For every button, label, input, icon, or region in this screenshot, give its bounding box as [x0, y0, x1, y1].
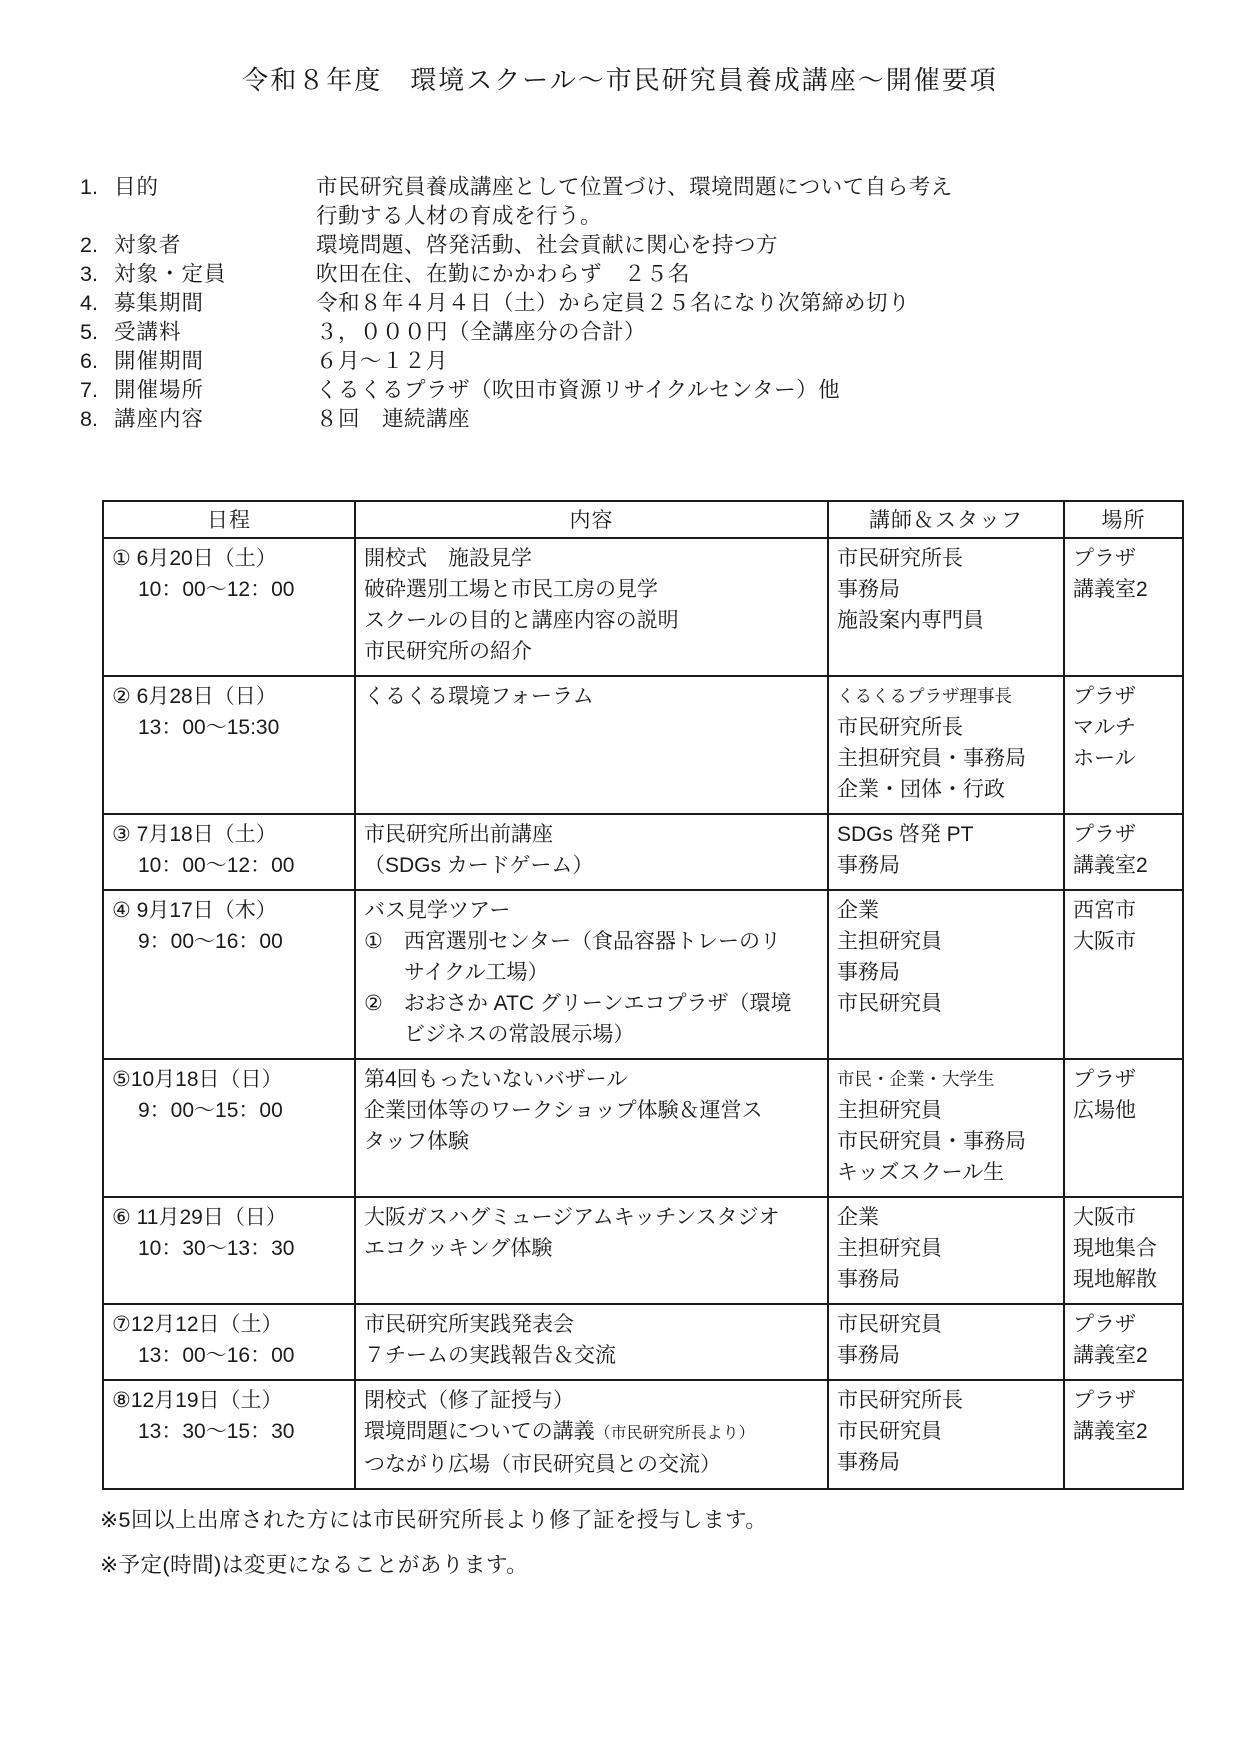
place-cell: 西宮市大阪市 — [1064, 890, 1183, 1059]
content-cell: 大阪ガスハグミュージアムキッチンスタジオエコクッキング体験 — [355, 1197, 828, 1304]
content-line: ② おおさか ATC グリーンエコプラザ（環境 — [364, 988, 821, 1019]
date-cell: ⑧12月19日（土）13：30～15：30 — [103, 1380, 355, 1489]
content-line: 第4回もったいないバザール — [364, 1064, 821, 1095]
schedule-row: ③ 7月18日（土）10：00～12：00市民研究所出前講座（SDGs カードゲ… — [103, 814, 1183, 890]
schedule-row: ⑤10月18日（日）9：00～15：00第4回もったいないバザール企業団体等のワ… — [103, 1059, 1183, 1197]
time-line: 9：00～15：00 — [112, 1095, 348, 1126]
place-cell: プラザ講義室2 — [1064, 814, 1183, 890]
date-line: ③ 7月18日（土） — [112, 819, 348, 850]
overview-item-desc: くるくるプラザ（吹田市資源リサイクルセンター）他 — [316, 376, 1240, 405]
note-line: ※予定(時間)は変更になることがあります。 — [100, 1551, 1240, 1580]
overview-item-desc: 吹田在住、在勤にかかわらず ２５名 — [316, 260, 1240, 289]
date-cell: ① 6月20日（土）10：00～12：00 — [103, 538, 355, 676]
content-line: エコクッキング体験 — [364, 1233, 821, 1264]
staff-line: 主担研究員 — [837, 1233, 1057, 1264]
date-cell: ⑦12月12日（土）13：00～16：00 — [103, 1304, 355, 1380]
schedule-table: 日程 内容 講師＆スタッフ 場所 ① 6月20日（土）10：00～12：00開校… — [102, 500, 1184, 1490]
content-line: くるくる環境フォーラム — [364, 681, 821, 712]
date-cell: ④ 9月17日（木）9：00～16：00 — [103, 890, 355, 1059]
time-line: 10：00～12：00 — [112, 574, 348, 605]
staff-line: 事務局 — [837, 957, 1057, 988]
staff-line: 市民研究所長 — [837, 712, 1057, 743]
content-line: 閉校式（修了証授与） — [364, 1385, 821, 1416]
overview-item: 5.受講料３，０００円（全講座分の合計） — [80, 318, 1240, 347]
place-line: プラザ — [1073, 681, 1176, 712]
staff-cell: 企業主担研究員事務局市民研究員 — [828, 890, 1064, 1059]
schedule-row: ④ 9月17日（木）9：00～16：00バス見学ツアー① 西宮選別センター（食品… — [103, 890, 1183, 1059]
content-line: 市民研究所の紹介 — [364, 636, 821, 667]
overview-item-desc: 環境問題、啓発活動、社会貢献に関心を持つ方 — [316, 231, 1240, 260]
overview-item: 7.開催場所くるくるプラザ（吹田市資源リサイクルセンター）他 — [80, 376, 1240, 405]
staff-line: 事務局 — [837, 1447, 1057, 1478]
content-line-note: （市民研究所長より） — [595, 1425, 755, 1442]
content-cell: 開校式 施設見学破砕選別工場と市民工房の見学スクールの目的と講座内容の説明市民研… — [355, 538, 828, 676]
content-line: スクールの目的と講座内容の説明 — [364, 605, 821, 636]
staff-line: 企業・団体・行政 — [837, 774, 1057, 805]
time-line: 13：00～15:30 — [112, 712, 348, 743]
overview-item-desc: ８回 連続講座 — [316, 405, 1240, 434]
staff-line: 主担研究員 — [837, 926, 1057, 957]
overview-desc-line: 市民研究員養成講座として位置づけ、環境問題について自ら考え — [316, 173, 1240, 202]
place-line: プラザ — [1073, 1309, 1176, 1340]
place-cell: プラザ講義室2 — [1064, 538, 1183, 676]
overview-item-term: 対象者 — [114, 231, 316, 260]
note-line: ※5回以上出席された方には市民研究所長より修了証を授与します。 — [100, 1506, 1240, 1535]
place-line: 講義室2 — [1073, 574, 1176, 605]
staff-line: 市民研究員・事務局 — [837, 1126, 1057, 1157]
staff-line: 市民研究所長 — [837, 543, 1057, 574]
date-line: ⑦12月12日（土） — [112, 1309, 348, 1340]
content-line: ７チームの実践報告＆交流 — [364, 1340, 821, 1371]
place-line: 現地解散 — [1073, 1264, 1176, 1295]
staff-line: 事務局 — [837, 1264, 1057, 1295]
schedule-body: ① 6月20日（土）10：00～12：00開校式 施設見学破砕選別工場と市民工房… — [103, 538, 1183, 1489]
schedule-row: ⑥ 11月29日（日）10：30～13：30大阪ガスハグミュージアムキッチンスタ… — [103, 1197, 1183, 1304]
schedule-row: ⑦12月12日（土）13：00～16：00市民研究所実践発表会７チームの実践報告… — [103, 1304, 1183, 1380]
header-place: 場所 — [1064, 501, 1183, 538]
staff-cell: 市民研究員事務局 — [828, 1304, 1064, 1380]
overview-item-number: 2. — [80, 231, 114, 260]
schedule-row: ② 6月28日（日）13：00～15:30くるくる環境フォーラムくるくるプラザ理… — [103, 676, 1183, 814]
overview-item: 6.開催期間６月～１２月 — [80, 347, 1240, 376]
content-cell: バス見学ツアー① 西宮選別センター（食品容器トレーのリサイクル工場）② おおさか… — [355, 890, 828, 1059]
overview-item-desc: 市民研究員養成講座として位置づけ、環境問題について自ら考え行動する人材の育成を行… — [316, 173, 1240, 231]
place-line: マルチ — [1073, 712, 1176, 743]
place-cell: プラザ講義室2 — [1064, 1304, 1183, 1380]
staff-line: くるくるプラザ理事長 — [837, 681, 1057, 712]
place-line: プラザ — [1073, 1064, 1176, 1095]
schedule-row: ① 6月20日（土）10：00～12：00開校式 施設見学破砕選別工場と市民工房… — [103, 538, 1183, 676]
place-line: 現地集合 — [1073, 1233, 1176, 1264]
content-line: ① 西宮選別センター（食品容器トレーのリ — [364, 926, 821, 957]
place-line: 広場他 — [1073, 1095, 1176, 1126]
content-line: 破砕選別工場と市民工房の見学 — [364, 574, 821, 605]
staff-line: 主担研究員・事務局 — [837, 743, 1057, 774]
content-cell: 市民研究所実践発表会７チームの実践報告＆交流 — [355, 1304, 828, 1380]
content-line: タッフ体験 — [364, 1126, 821, 1157]
overview-item-desc: ６月～１２月 — [316, 347, 1240, 376]
date-line: ⑥ 11月29日（日） — [112, 1202, 348, 1233]
place-line: 西宮市 — [1073, 895, 1176, 926]
overview-item-number: 8. — [80, 405, 114, 434]
time-line: 9：00～16：00 — [112, 926, 348, 957]
date-cell: ⑤10月18日（日）9：00～15：00 — [103, 1059, 355, 1197]
date-line: ④ 9月17日（木） — [112, 895, 348, 926]
place-line: 講義室2 — [1073, 850, 1176, 881]
overview-desc-line: ３，０００円（全講座分の合計） — [316, 318, 1240, 347]
date-cell: ② 6月28日（日）13：00～15:30 — [103, 676, 355, 814]
overview-item-number: 6. — [80, 347, 114, 376]
content-line: つながり広場（市民研究員との交流） — [364, 1449, 821, 1480]
time-line: 10：30～13：30 — [112, 1233, 348, 1264]
staff-line: 市民・企業・大学生 — [837, 1064, 1057, 1095]
overview-item-term: 対象・定員 — [114, 260, 316, 289]
staff-line: 企業 — [837, 895, 1057, 926]
overview-item: 2.対象者環境問題、啓発活動、社会貢献に関心を持つ方 — [80, 231, 1240, 260]
staff-line: 施設案内専門員 — [837, 605, 1057, 636]
overview-item-desc: ３，０００円（全講座分の合計） — [316, 318, 1240, 347]
place-cell: プラザ広場他 — [1064, 1059, 1183, 1197]
staff-line: 市民研究員 — [837, 988, 1057, 1019]
overview-desc-line: ８回 連続講座 — [316, 405, 1240, 434]
overview-item-term: 目的 — [114, 173, 316, 231]
date-cell: ③ 7月18日（土）10：00～12：00 — [103, 814, 355, 890]
content-line: 環境問題についての講義（市民研究所長より） — [364, 1416, 821, 1449]
staff-cell: くるくるプラザ理事長市民研究所長主担研究員・事務局企業・団体・行政 — [828, 676, 1064, 814]
content-line: （SDGs カードゲーム） — [364, 850, 821, 881]
content-cell: くるくる環境フォーラム — [355, 676, 828, 814]
notes: ※5回以上出席された方には市民研究所長より修了証を授与します。 ※予定(時間)は… — [100, 1506, 1240, 1580]
place-line: ホール — [1073, 743, 1176, 774]
date-line: ① 6月20日（土） — [112, 543, 348, 574]
content-line: 企業団体等のワークショップ体験＆運営ス — [364, 1095, 821, 1126]
staff-cell: SDGs 啓発 PT事務局 — [828, 814, 1064, 890]
staff-line: 市民研究員 — [837, 1309, 1057, 1340]
date-line: ⑧12月19日（土） — [112, 1385, 348, 1416]
content-cell: 市民研究所出前講座（SDGs カードゲーム） — [355, 814, 828, 890]
place-line: プラザ — [1073, 819, 1176, 850]
place-line: 講義室2 — [1073, 1416, 1176, 1447]
schedule-header-row: 日程 内容 講師＆スタッフ 場所 — [103, 501, 1183, 538]
overview-item-term: 講座内容 — [114, 405, 316, 434]
staff-line: 市民研究所長 — [837, 1385, 1057, 1416]
content-line: 市民研究所出前講座 — [364, 819, 821, 850]
overview-desc-line: 令和８年４月４日（土）から定員２５名になり次第締め切り — [316, 289, 1240, 318]
staff-line: キッズスクール生 — [837, 1157, 1057, 1188]
place-line: プラザ — [1073, 543, 1176, 574]
overview-item-number: 4. — [80, 289, 114, 318]
page-title: 令和８年度 環境スクール～市民研究員養成講座～開催要項 — [0, 0, 1240, 97]
overview-item-number: 7. — [80, 376, 114, 405]
overview-desc-line: 吹田在住、在勤にかかわらず ２５名 — [316, 260, 1240, 289]
content-line: 開校式 施設見学 — [364, 543, 821, 574]
place-cell: プラザマルチホール — [1064, 676, 1183, 814]
place-cell: 大阪市現地集合現地解散 — [1064, 1197, 1183, 1304]
staff-line: 事務局 — [837, 850, 1057, 881]
overview-item-term: 受講料 — [114, 318, 316, 347]
document-page: 令和８年度 環境スクール～市民研究員養成講座～開催要項 1.目的市民研究員養成講… — [0, 0, 1240, 1755]
overview-item-term: 開催期間 — [114, 347, 316, 376]
overview-item: 1.目的市民研究員養成講座として位置づけ、環境問題について自ら考え行動する人材の… — [80, 173, 1240, 231]
overview-item-number: 5. — [80, 318, 114, 347]
content-cell: 閉校式（修了証授与）環境問題についての講義（市民研究所長より）つながり広場（市民… — [355, 1380, 828, 1489]
header-date: 日程 — [103, 501, 355, 538]
content-line: 市民研究所実践発表会 — [364, 1309, 821, 1340]
place-line: 大阪市 — [1073, 1202, 1176, 1233]
staff-cell: 市民・企業・大学生主担研究員市民研究員・事務局キッズスクール生 — [828, 1059, 1064, 1197]
time-line: 13：30～15：30 — [112, 1416, 348, 1447]
staff-line: 市民研究員 — [837, 1416, 1057, 1447]
content-cell: 第4回もったいないバザール企業団体等のワークショップ体験＆運営スタッフ体験 — [355, 1059, 828, 1197]
overview-desc-line: ６月～１２月 — [316, 347, 1240, 376]
staff-line: 事務局 — [837, 574, 1057, 605]
overview-desc-line: くるくるプラザ（吹田市資源リサイクルセンター）他 — [316, 376, 1240, 405]
staff-cell: 市民研究所長事務局施設案内専門員 — [828, 538, 1064, 676]
staff-line: 事務局 — [837, 1340, 1057, 1371]
overview-list: 1.目的市民研究員養成講座として位置づけ、環境問題について自ら考え行動する人材の… — [80, 173, 1240, 434]
content-line: ビジネスの常設展示場） — [364, 1019, 821, 1050]
overview-item-desc: 令和８年４月４日（土）から定員２５名になり次第締め切り — [316, 289, 1240, 318]
place-line: プラザ — [1073, 1385, 1176, 1416]
header-staff: 講師＆スタッフ — [828, 501, 1064, 538]
overview-item-number: 3. — [80, 260, 114, 289]
place-line: 講義室2 — [1073, 1340, 1176, 1371]
overview-item: 8.講座内容８回 連続講座 — [80, 405, 1240, 434]
overview-item: 4.募集期間令和８年４月４日（土）から定員２５名になり次第締め切り — [80, 289, 1240, 318]
content-line: サイクル工場） — [364, 957, 821, 988]
staff-cell: 市民研究所長市民研究員事務局 — [828, 1380, 1064, 1489]
place-line: 大阪市 — [1073, 926, 1176, 957]
time-line: 13：00～16：00 — [112, 1340, 348, 1371]
date-line: ② 6月28日（日） — [112, 681, 348, 712]
overview-desc-line: 環境問題、啓発活動、社会貢献に関心を持つ方 — [316, 231, 1240, 260]
overview-desc-line: 行動する人材の育成を行う。 — [316, 202, 1240, 231]
place-cell: プラザ講義室2 — [1064, 1380, 1183, 1489]
date-cell: ⑥ 11月29日（日）10：30～13：30 — [103, 1197, 355, 1304]
overview-item-term: 募集期間 — [114, 289, 316, 318]
staff-line: 企業 — [837, 1202, 1057, 1233]
time-line: 10：00～12：00 — [112, 850, 348, 881]
content-line: バス見学ツアー — [364, 895, 821, 926]
content-line: 大阪ガスハグミュージアムキッチンスタジオ — [364, 1202, 821, 1233]
staff-cell: 企業主担研究員事務局 — [828, 1197, 1064, 1304]
date-line: ⑤10月18日（日） — [112, 1064, 348, 1095]
schedule-row: ⑧12月19日（土）13：30～15：30閉校式（修了証授与）環境問題についての… — [103, 1380, 1183, 1489]
overview-item: 3.対象・定員吹田在住、在勤にかかわらず ２５名 — [80, 260, 1240, 289]
overview-item-number: 1. — [80, 173, 114, 231]
staff-line: SDGs 啓発 PT — [837, 819, 1057, 850]
header-content: 内容 — [355, 501, 828, 538]
overview-item-term: 開催場所 — [114, 376, 316, 405]
staff-line: 主担研究員 — [837, 1095, 1057, 1126]
